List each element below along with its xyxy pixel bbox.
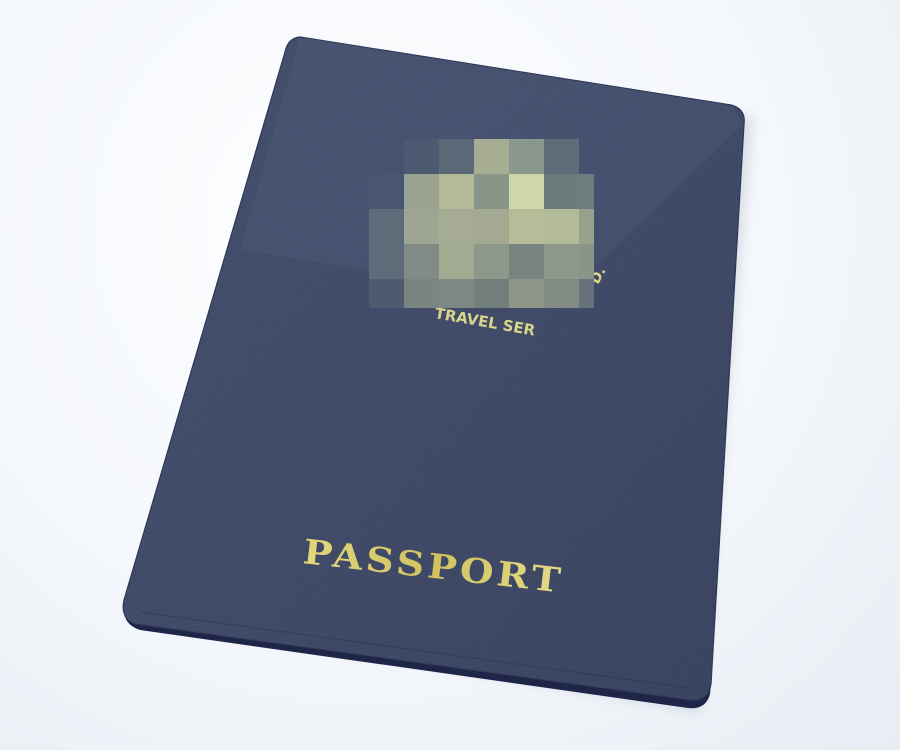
mosaic-cell (369, 244, 404, 279)
mosaic-cell (439, 139, 474, 174)
mosaic-cell (579, 279, 594, 308)
mosaic-cell (474, 174, 509, 209)
mosaic-cell (579, 244, 594, 279)
mosaic-cell (369, 279, 404, 308)
mosaic-cell (474, 209, 509, 244)
mosaic-cell (509, 244, 544, 279)
mosaic-cell (579, 209, 594, 244)
mosaic-cell (509, 279, 544, 308)
mosaic-cell (369, 209, 404, 244)
mosaic-cell (544, 139, 579, 174)
mosaic-cell (509, 139, 544, 174)
mosaic-cell (439, 174, 474, 209)
mosaic-cell (474, 244, 509, 279)
mosaic-cell (439, 209, 474, 244)
mosaic-cell (544, 244, 579, 279)
mosaic-cell (579, 174, 594, 209)
mosaic-cell (474, 279, 509, 308)
mosaic-cell (509, 174, 544, 209)
mosaic-cell (369, 174, 404, 209)
mosaic-cell (404, 174, 439, 209)
mosaic-cell (404, 139, 439, 174)
mosaic-cell (544, 279, 579, 308)
mosaic-cell (544, 209, 579, 244)
mosaic-cell (404, 209, 439, 244)
mosaic-cell (439, 244, 474, 279)
mosaic-cell (404, 279, 439, 308)
mosaic-cell (474, 139, 509, 174)
photo-scene: TRAVEL SER D. PASSPORT (0, 0, 900, 750)
passport-cover (0, 0, 900, 750)
mosaic-cell (404, 244, 439, 279)
mosaic-cell (439, 279, 474, 308)
mosaic-cell (509, 209, 544, 244)
mosaic-cell (544, 174, 579, 209)
